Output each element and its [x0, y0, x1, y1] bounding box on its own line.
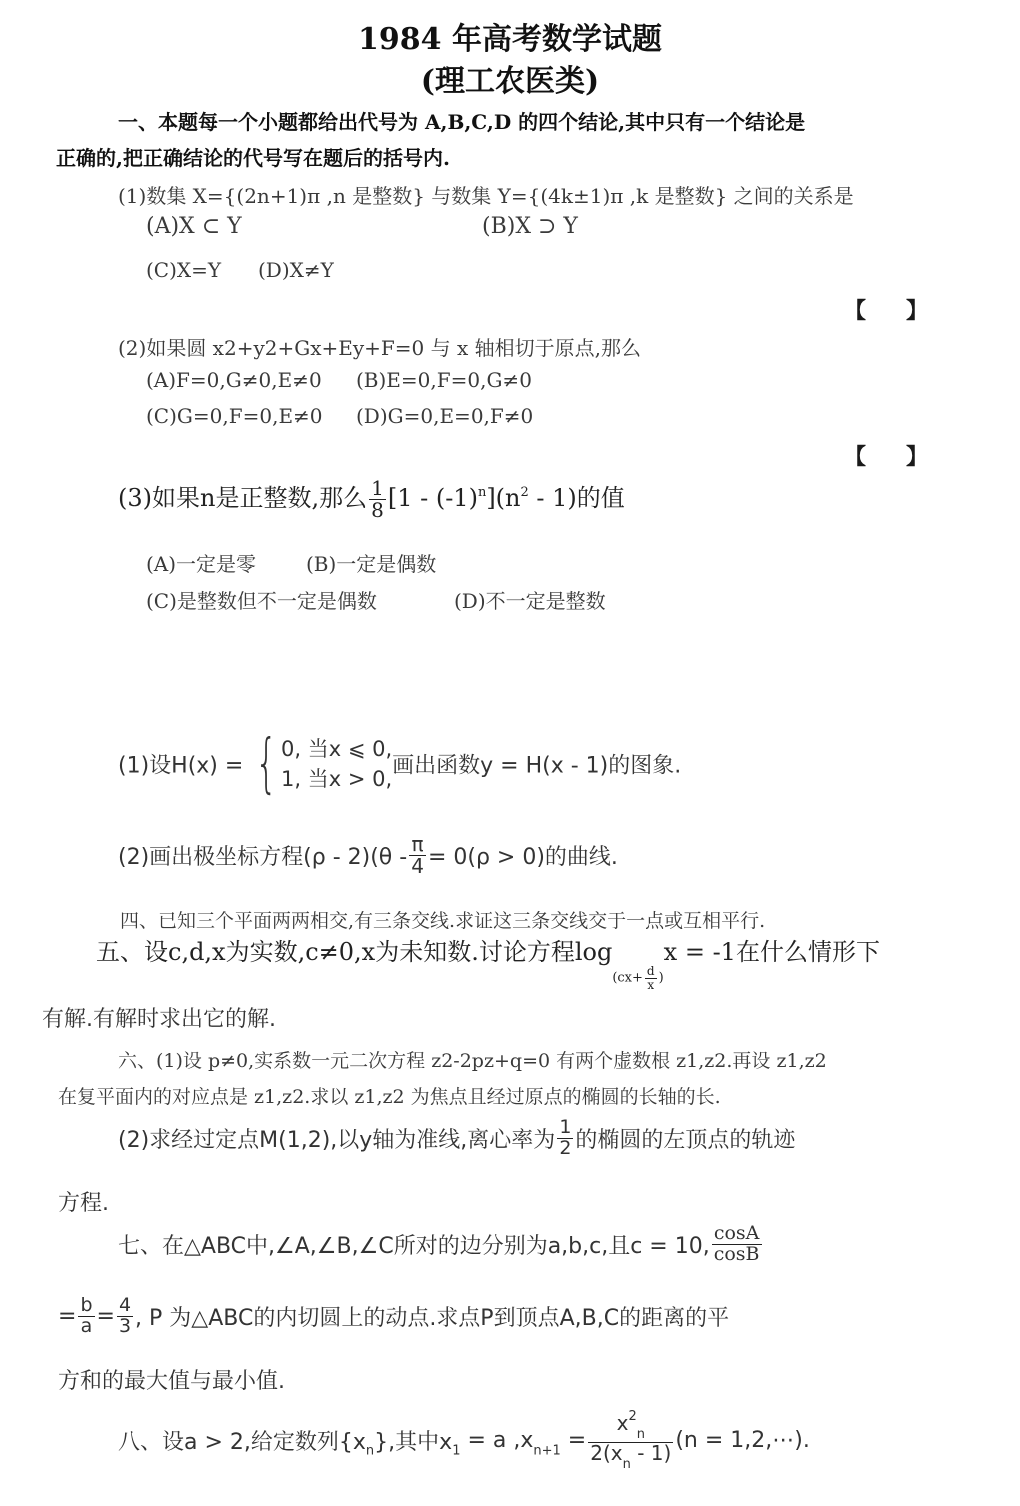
section4-text: 四、已知三个平面两两相交,有三条交线.求证这三条交线交于一点或互相平行. [120, 906, 765, 933]
one-half-fraction: 12 [557, 1118, 573, 1159]
section1-instructions-line1: 一、本题每一个小题都给出代号为 A,B,C,D 的四个结论,其中只有一个结论是 [118, 106, 805, 135]
q2-option-a: (A)F=0,G≠0,E≠0 [146, 368, 322, 392]
q2-answer-bracket-open: 【 [844, 440, 866, 471]
q1-option-b: (B)X ⊃ Y [482, 214, 578, 239]
section7-line1: 七、在△ABC中,∠A,∠B,∠C所对的边分别为a,b,c,且c = 10,co… [118, 1224, 764, 1265]
b-over-a-fraction: ba [78, 1296, 94, 1337]
s3-q1: (1)设H(x) = {0, 当x ⩽ 0,1, 当x > 0,画出函数y = … [118, 732, 681, 796]
section5-line1: 五、设c,d,x为实数,c≠0,x为未知数.讨论方程log(cx+dx)x = … [96, 932, 880, 992]
cosA-over-cosB-fraction: cosAcosB [712, 1224, 762, 1265]
q1-option-c: (C)X=Y [146, 258, 221, 282]
q2-option-b: (B)E=0,F=0,G≠0 [356, 368, 532, 392]
s3-q1-prefix: (1)设H(x) = [118, 754, 250, 779]
recurrence-fraction: x2n2(xn - 1) [588, 1410, 673, 1471]
q1-option-a: (A)X ⊂ Y [146, 214, 242, 239]
q2-option-c: (C)G=0,F=0,E≠0 [146, 404, 323, 428]
section6-q1-line2: 在复平面内的对应点是 z1,z2.求以 z1,z2 为焦点且经过原点的椭圆的长轴… [58, 1082, 721, 1109]
section6-q2-line1: (2)求经过定点M(1,2),以y轴为准线,离心率为12的椭圆的左顶点的轨迹 [118, 1118, 795, 1159]
q1-answer-bracket-close: 】 [906, 294, 928, 325]
section6-q2-line2: 方程. [58, 1186, 109, 1217]
q2-answer-bracket-close: 】 [906, 440, 928, 471]
q3-option-b: (B)一定是偶数 [306, 548, 436, 577]
section1-instructions-line2: 正确的,把正确结论的代号写在题后的括号内. [56, 142, 450, 171]
q2-option-d: (D)G=0,E=0,F≠0 [356, 404, 533, 428]
q1-option-d: (D)X≠Y [258, 258, 334, 282]
s3-q2: (2)画出极坐标方程(ρ - 2)(θ -π4= 0(ρ > 0)的曲线. [118, 834, 618, 877]
section8-line: 八、设a > 2,给定数列{xn},其中x1 = a ,xn+1 =x2n2(x… [118, 1410, 810, 1471]
log-base: (cx+dx) [612, 965, 663, 991]
four-thirds-fraction: 43 [117, 1296, 133, 1337]
q3-option-d: (D)不一定是整数 [454, 585, 606, 614]
q3-option-c: (C)是整数但不一定是偶数 [146, 585, 377, 614]
q2-stem: (2)如果圆 x2+y2+Gx+Ey+F=0 与 x 轴相切于原点,那么 [118, 332, 641, 361]
q3-option-a: (A)一定是零 [146, 548, 256, 577]
q3-stem-prefix: (3)如果n是正整数,那么 [118, 484, 367, 512]
piecewise-cases: 0, 当x ⩽ 0,1, 当x > 0, [281, 734, 392, 795]
q1-stem: (1)数集 X={(2n+1)π ,n 是整数} 与数集 Y={(4k±1)π … [118, 180, 854, 209]
section7-line2: =ba=43, P 为△ABC的内切圆上的动点.求点P到顶点A,B,C的距离的平 [58, 1296, 729, 1337]
page-subtitle: (理工农医类) [0, 56, 1020, 100]
page-title: 1984 年高考数学试题 [0, 14, 1020, 58]
s3-q1-suffix: 画出函数y = H(x - 1)的图象. [392, 754, 681, 779]
section5-line2: 有解.有解时求出它的解. [42, 1002, 276, 1033]
pi-over-4-fraction: π4 [409, 834, 426, 877]
piecewise-brace-icon: { [255, 732, 277, 796]
q3-fraction: 18 [369, 478, 386, 521]
q1-answer-bracket-open: 【 [844, 294, 866, 325]
section7-line3: 方和的最大值与最小值. [58, 1364, 285, 1395]
q3-stem: (3)如果n是正整数,那么18[1 - (-1)n](n2 - 1)的值 [118, 478, 625, 521]
section6-q1-line1: 六、(1)设 p≠0,实系数一元二次方程 z2-2pz+q=0 有两个虚数根 z… [118, 1046, 827, 1073]
